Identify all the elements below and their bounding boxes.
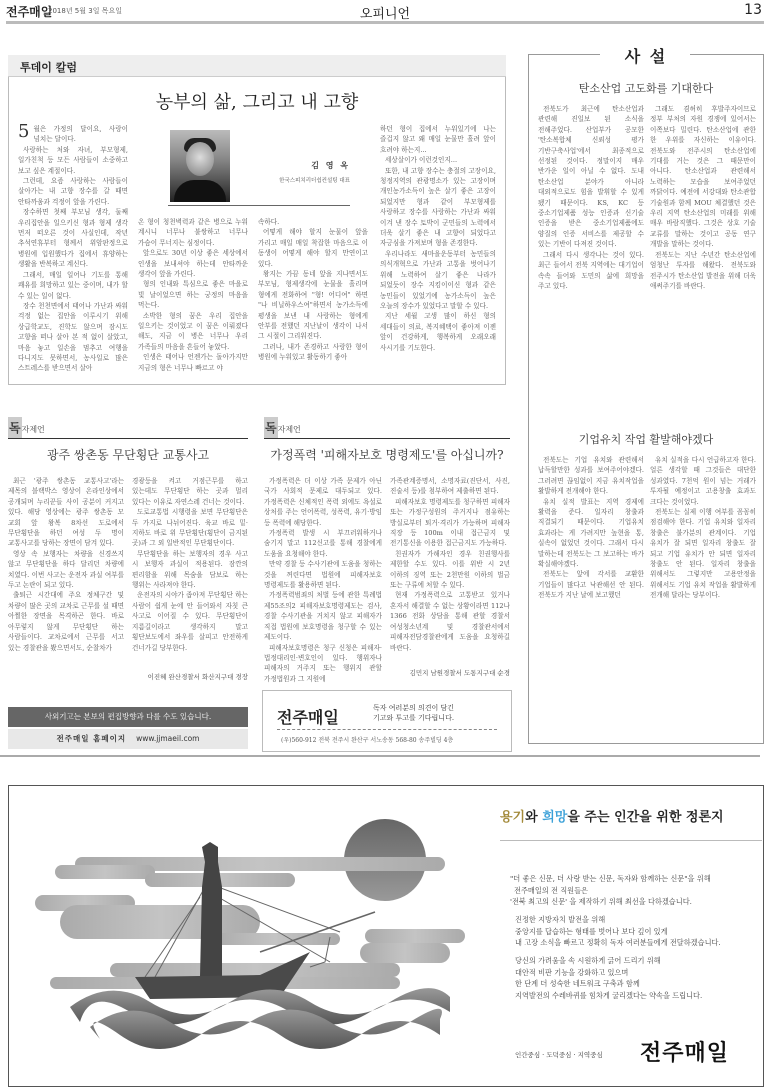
section-divider	[0, 755, 760, 757]
editorial-label: 사 설	[528, 44, 764, 67]
reader-column-1-title: 광주 쌍촌동 무단횡단 교통사고	[8, 446, 248, 463]
submission-address: (우)560-912 전북 전주시 완산구 서노송동 568-80 송주빌딩 4…	[281, 735, 453, 744]
reader-column-2-byline: 김민지 남원경찰서 도통지구대 순경	[390, 668, 510, 677]
homepage-label: 전주매일 홈페이지	[57, 734, 127, 743]
ship-sun-waves-illustration	[10, 787, 490, 1085]
pledge-block-3: 당신의 가려움을 속 시원하게 긁어 드리기 위해 대안적 비판 기능을 강화하…	[515, 955, 702, 1001]
today-column-text-1: 5월은 가정의 달이요, 사랑이 넘치는 달이다. 사랑하는 처와 자녀, 부모…	[18, 124, 128, 374]
today-column-text-3: 속하다. 어떻게 해야 할지 눈물이 앞을 가리고 매일 매일 착잡한 마음으로…	[258, 217, 368, 363]
today-column-title: 농부의 삶, 그리고 내 고향	[8, 88, 506, 114]
reader-column-2-text-1: 가정폭력은 더 이상 가족 문제가 아닌 국가 사회적 문제로 대두되고 있다.…	[264, 476, 382, 684]
header-rule	[6, 21, 764, 24]
submission-text: 독자 여러분의 의견이 담긴 기고와 투고를 기다립니다.	[373, 703, 454, 723]
author-name: 김 영 옥	[270, 160, 350, 171]
editorial-2-text-2: 유치 실적을 다시 언급하고자 한다. 얼른 생각할 때 그것들은 대단한 성과…	[650, 455, 756, 601]
section-title: 오피니언	[0, 3, 770, 22]
ad-slogan: 용기와 희망을 주는 인간을 위한 정론지	[500, 806, 724, 825]
photo-rule	[168, 205, 350, 206]
disclaimer-bar: 사외기고는 본보의 편집방향과 다를 수도 있습니다.	[8, 707, 248, 727]
reader-column-1-text-1: 최근 '광주 쌍촌동 교통사고'라는 제목의 블랙박스 영상이 온라인상에서 공…	[8, 476, 124, 653]
author-org: 한국스피치리더쉽컨설팅 대표	[220, 176, 350, 184]
today-column-text-2: 온 형이 청천벽력과 같은 병으로 누워 계시니 너무나 불쌍하고 너무나 가슴…	[138, 217, 248, 373]
editorial-1-text-1: 전북도가 최근에 탄소산업과 관련해 진일보 된 소식을 전해주었다. 산업부가…	[538, 104, 644, 291]
author-photo	[170, 130, 230, 202]
pledge-block-2: 진정한 지방자치 발전을 위해 중앙지를 답습하는 형태를 벗어나 보다 깊이 …	[515, 914, 721, 949]
page-number: 13	[744, 2, 762, 18]
reader-column-2-text-2: 가족관계증명서, 소명자료(진단서, 사진, 진술서 등)를 첨부하여 제출하면…	[390, 476, 510, 653]
today-column-tab: 투데이 칼럼	[8, 55, 506, 77]
editorial-1-text-2: 그래도 겸허히 후발주자이므로 정부 부처의 자원 경쟁에 있어서는 이쪽보다 …	[650, 104, 756, 291]
pledge-block-1: "더 좋은 신문, 더 사랑 받는 신문, 독자와 함께하는 신문"을 위해 전…	[510, 873, 711, 908]
today-column-text-4: 하던 형이 집에서 누워있기에 나는 즐겁지 않고 왜 매일 눈물만 흘려 앞이…	[380, 124, 496, 353]
today-column-label: 투데이 칼럼	[20, 59, 77, 75]
editorial-2-text-1: 전북도는 기업 유치와 관련해서 납득할만한 성과를 보여주어야겠다. 그러려면…	[538, 455, 644, 601]
ad-logo: 전주매일	[640, 1036, 729, 1067]
slogan-rule	[500, 840, 762, 841]
homepage-bar: 전주매일 홈페이지www.jjmaeil.com	[8, 729, 248, 749]
reader-column-2-title: 가정폭력 '피해자보호 명령제도'를 아십니까?	[262, 446, 512, 463]
reader-column-1-head: 독자제언	[8, 417, 248, 439]
submission-logo: 전주매일	[277, 705, 339, 728]
editorial-title-2: 기업유치 작업 활발해야겠다	[528, 431, 764, 447]
ad-tagline: 인간중심 · 도덕중심 · 지역중심	[515, 1050, 603, 1059]
editorial-title-1: 탄소산업 고도화를 기대한다	[528, 80, 764, 96]
reader-column-1-text-2: 경광등을 켜고 거점근무를 하고 있는데도 무단횡단 하는 곳과 멀리 있다는 …	[132, 476, 248, 653]
submission-box: 전주매일 독자 여러분의 의견이 담긴 기고와 투고를 기다립니다. (우)56…	[262, 690, 512, 752]
submission-divider	[277, 729, 497, 730]
dropcap: 5	[18, 124, 29, 140]
homepage-url[interactable]: www.jjmaeil.com	[136, 734, 199, 743]
reader-column-2-head: 독자제언	[264, 417, 510, 439]
reader-column-1-byline: 이진혜 완산경찰서 화산지구대 경장	[132, 672, 248, 681]
